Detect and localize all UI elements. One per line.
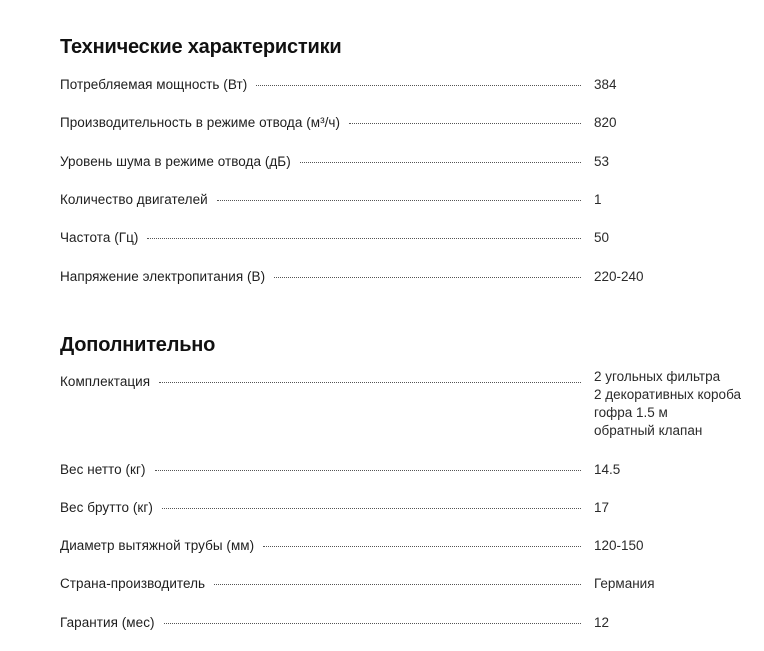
spec-label: Напряжение электропитания (В)	[60, 268, 265, 286]
dotted-leader	[274, 276, 581, 278]
spec-label: Страна-производитель	[60, 575, 205, 593]
spec-value: 220-240	[594, 268, 644, 286]
label-wrap: Вес нетто (кг)	[60, 461, 581, 479]
spec-label: Комплектация	[60, 373, 150, 391]
dotted-leader	[256, 84, 581, 86]
spec-value: 1	[594, 191, 602, 209]
spec-label: Потребляемая мощность (Вт)	[60, 76, 247, 94]
specs-section: Технические характеристики Потребляемая …	[60, 34, 764, 60]
spec-value-line: гофра 1.5 м	[594, 404, 741, 422]
spec-value-line: обратный клапан	[594, 422, 741, 440]
spec-value-line: 2 декоративных короба	[594, 386, 741, 404]
spec-value: Германия	[594, 575, 655, 593]
dotted-leader	[214, 583, 581, 585]
spec-value: 820	[594, 114, 617, 132]
spec-value: 50	[594, 229, 609, 247]
spec-label: Диаметр вытяжной трубы (мм)	[60, 537, 254, 555]
spec-value: 120-150	[594, 537, 644, 555]
dotted-leader	[159, 381, 581, 383]
label-wrap: Потребляемая мощность (Вт)	[60, 76, 581, 94]
label-wrap: Частота (Гц)	[60, 229, 581, 247]
spec-value: 17	[594, 499, 609, 517]
label-wrap: Уровень шума в режиме отвода (дБ)	[60, 153, 581, 171]
dotted-leader	[147, 237, 581, 239]
label-wrap: Напряжение электропитания (В)	[60, 268, 581, 286]
section-title: Дополнительно	[60, 332, 764, 358]
spec-label: Вес брутто (кг)	[60, 499, 153, 517]
label-wrap: Комплектация	[60, 373, 581, 391]
dotted-leader	[162, 507, 581, 509]
spec-label: Частота (Гц)	[60, 229, 138, 247]
label-wrap: Количество двигателей	[60, 191, 581, 209]
dotted-leader	[349, 122, 581, 124]
spec-value: 14.5	[594, 461, 620, 479]
spec-value-list: 2 угольных фильтра 2 декоративных короба…	[594, 368, 741, 440]
spec-label: Гарантия (мес)	[60, 614, 155, 632]
label-wrap: Вес брутто (кг)	[60, 499, 581, 517]
spec-value: 12	[594, 614, 609, 632]
dotted-leader	[263, 545, 581, 547]
section-title: Технические характеристики	[60, 34, 764, 60]
spec-label: Количество двигателей	[60, 191, 208, 209]
spec-value-line: 2 угольных фильтра	[594, 368, 741, 386]
dotted-leader	[217, 199, 581, 201]
dotted-leader	[300, 161, 581, 163]
spec-value: 384	[594, 76, 617, 94]
label-wrap: Страна-производитель	[60, 575, 581, 593]
dotted-leader	[164, 622, 581, 624]
label-wrap: Производительность в режиме отвода (м³/ч…	[60, 114, 581, 132]
spec-label: Вес нетто (кг)	[60, 461, 146, 479]
spec-value: 53	[594, 153, 609, 171]
spec-label: Уровень шума в режиме отвода (дБ)	[60, 153, 291, 171]
dotted-leader	[155, 469, 581, 471]
label-wrap: Диаметр вытяжной трубы (мм)	[60, 537, 581, 555]
label-wrap: Гарантия (мес)	[60, 614, 581, 632]
spec-label: Производительность в режиме отвода (м³/ч…	[60, 114, 340, 132]
additional-section: Дополнительно Комплектация 2 угольных фи…	[60, 332, 764, 358]
